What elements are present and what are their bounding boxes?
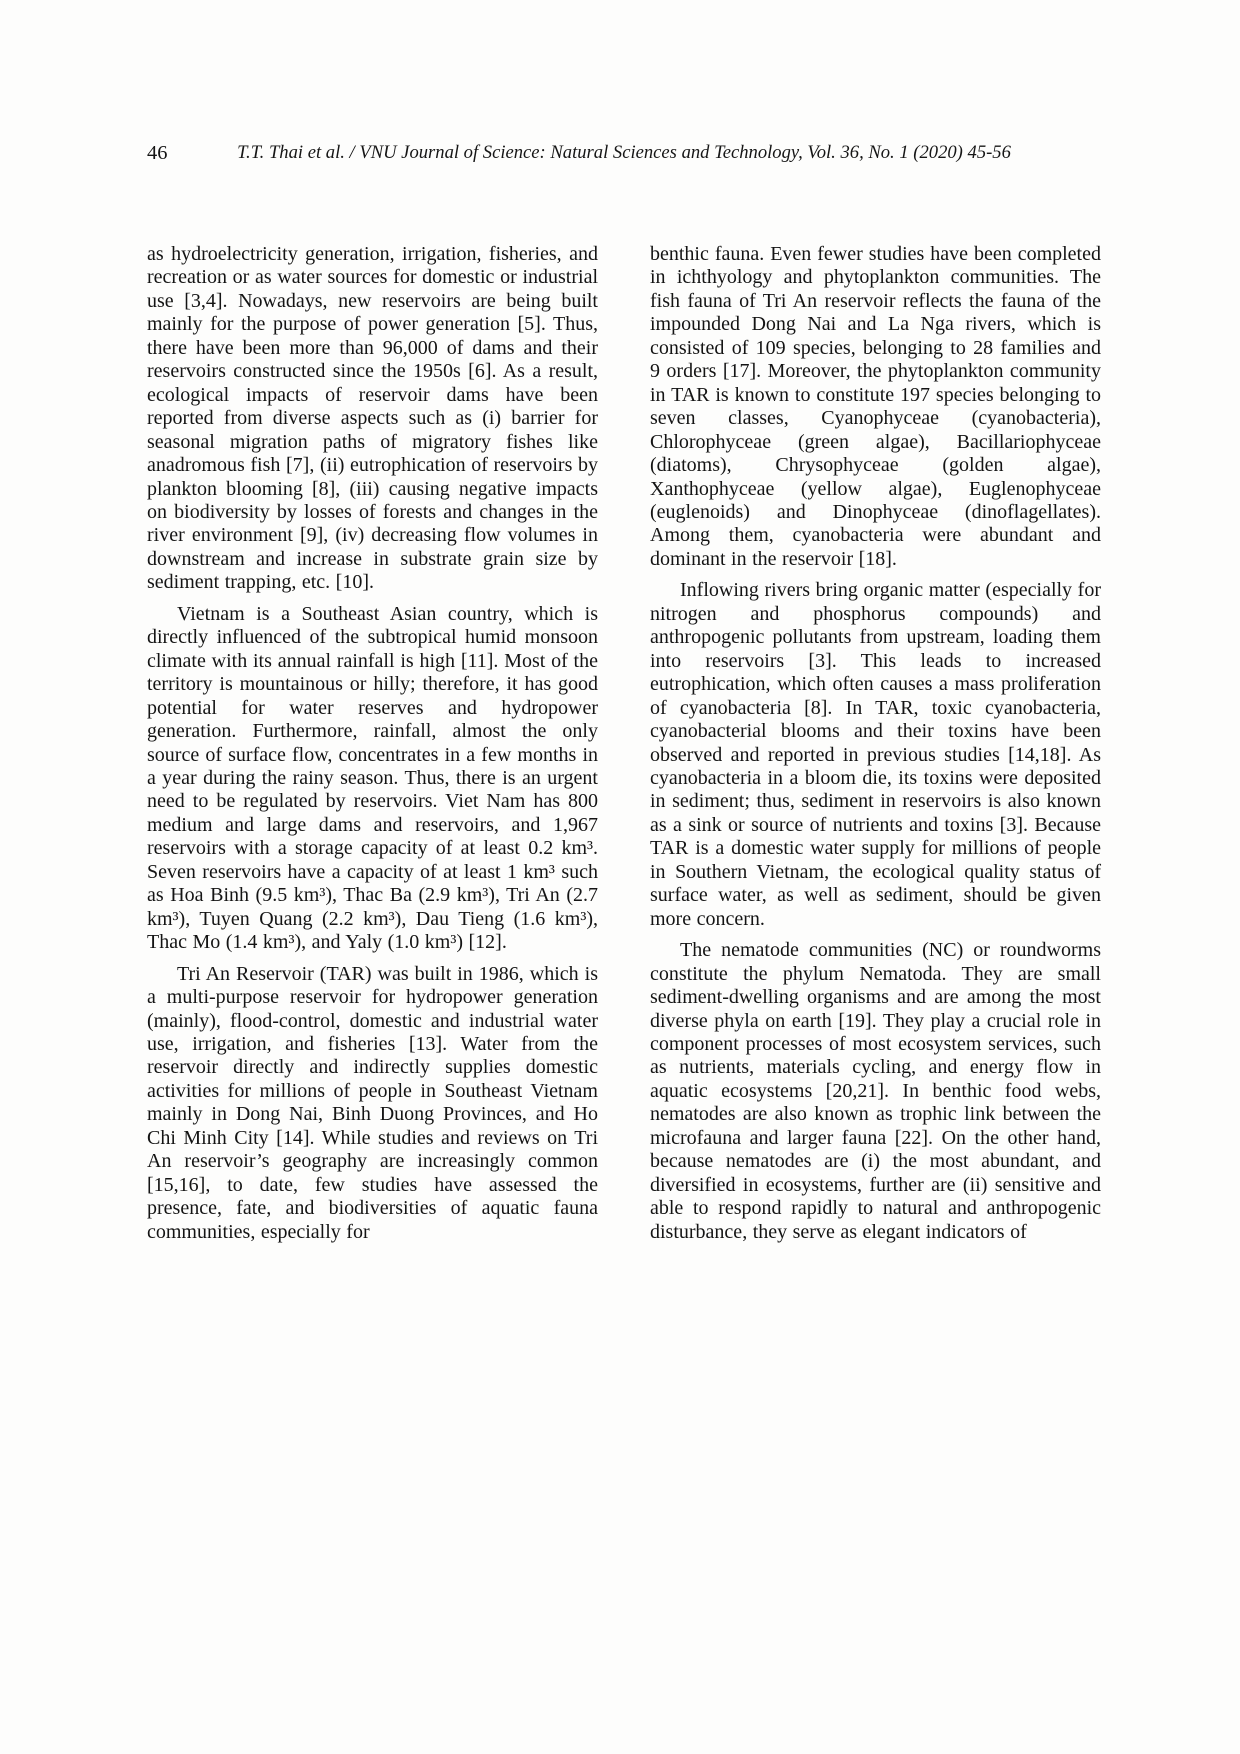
paragraph: benthic fauna. Even fewer studies have b… [650,243,1101,571]
paragraph: The nematode communities (NC) or roundwo… [650,939,1101,1244]
paragraph: Vietnam is a Southeast Asian country, wh… [147,603,598,955]
page-number: 46 [147,142,168,165]
journal-page: 46 T.T. Thai et al. / VNU Journal of Sci… [0,0,1240,1754]
paragraph: as hydroelectricity generation, irrigati… [147,243,598,595]
running-head-citation: T.T. Thai et al. / VNU Journal of Scienc… [147,142,1101,164]
two-column-body: as hydroelectricity generation, irrigati… [147,243,1101,1252]
left-column: as hydroelectricity generation, irrigati… [147,243,598,1252]
paragraph: Tri An Reservoir (TAR) was built in 1986… [147,963,598,1244]
paragraph: Inflowing rivers bring organic matter (e… [650,579,1101,931]
running-header: 46 T.T. Thai et al. / VNU Journal of Sci… [147,142,1101,168]
right-column: benthic fauna. Even fewer studies have b… [650,243,1101,1252]
